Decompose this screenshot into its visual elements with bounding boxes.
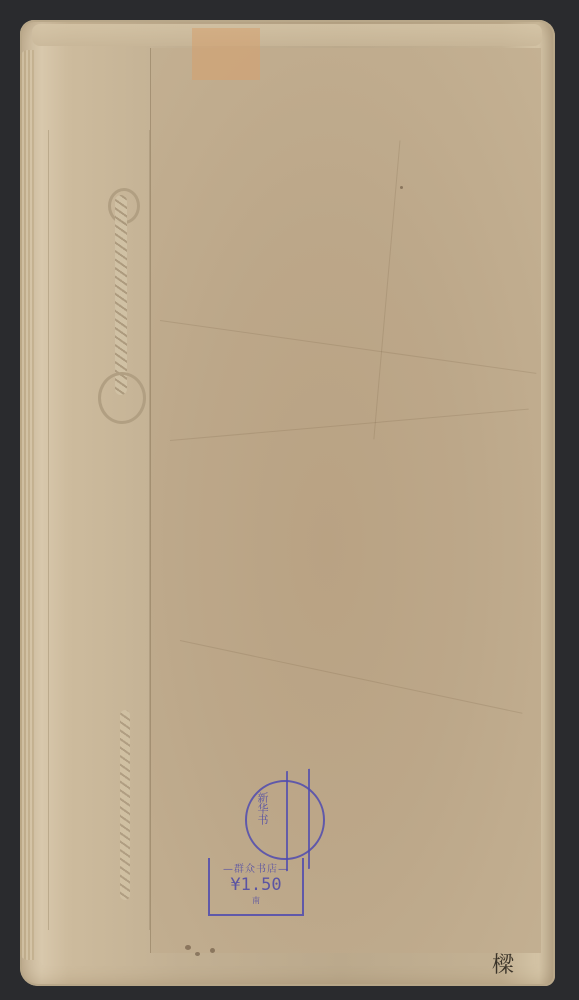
stamp-code: 南 — [210, 895, 302, 906]
paper-flap — [48, 130, 150, 930]
stain-spot — [185, 945, 191, 950]
stain-spot — [195, 952, 200, 956]
handwritten-character: 樑 — [492, 948, 514, 979]
price-label: ¥1.50 — [210, 875, 302, 895]
binding-cord — [115, 195, 127, 395]
binding-cord-knot — [98, 372, 146, 424]
binding-cord-lower — [120, 710, 130, 900]
circle-stamp-text: 新华书 — [255, 792, 269, 825]
inner-cover-panel — [150, 48, 541, 953]
stain-spot — [210, 948, 215, 953]
top-page-edge — [32, 24, 542, 46]
stain-spot — [400, 186, 403, 189]
bookstore-name: —群众书店— — [210, 860, 302, 875]
price-stamp: —群众书店— ¥1.50 南 — [208, 858, 304, 916]
bookstore-circle-stamp: 新华书 — [245, 780, 325, 860]
tape-patch — [192, 28, 260, 80]
spine-page-edges — [20, 50, 34, 960]
